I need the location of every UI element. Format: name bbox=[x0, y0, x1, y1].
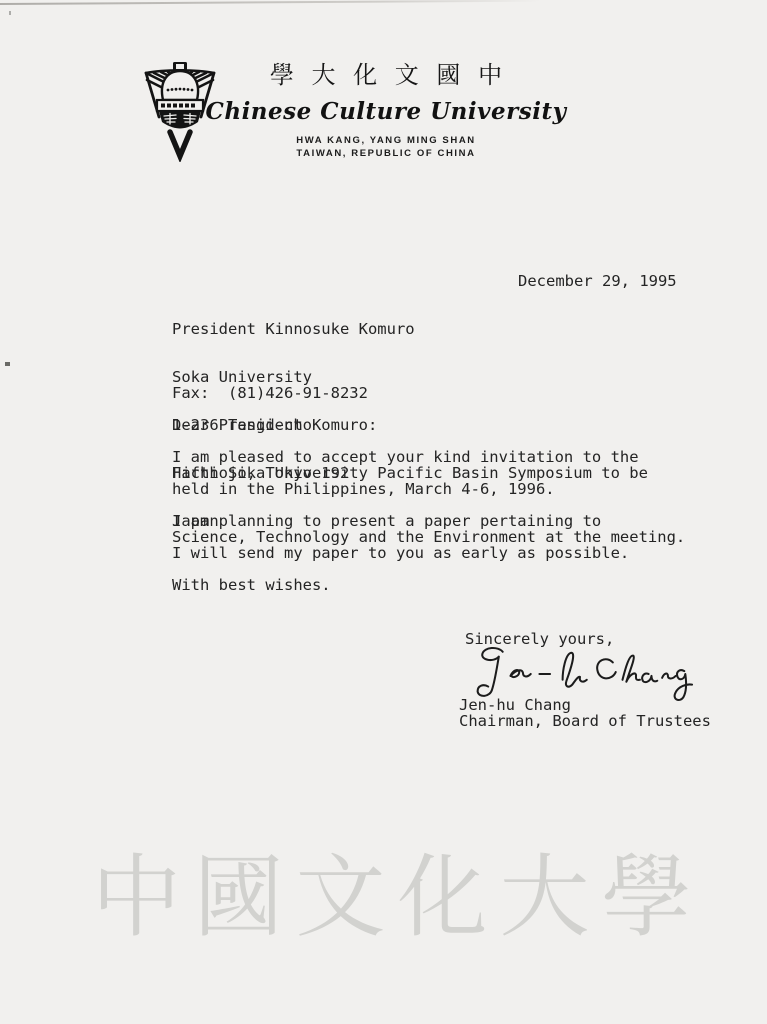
scan-speck bbox=[5, 362, 10, 366]
scanned-letter-page: 學 大 化 文 國 中 Chinese Culture University H… bbox=[0, 0, 767, 1024]
letterhead-location-line2: TAIWAN, REPUBLIC OF CHINA bbox=[236, 147, 536, 160]
body-paragraph-1: I am pleased to accept your kind invitat… bbox=[172, 449, 648, 497]
letterhead-location-line1: HWA KANG, YANG MING SHAN bbox=[236, 134, 536, 147]
signer-typed-name: Jen-hu Chang bbox=[459, 697, 571, 713]
letter-date: December 29, 1995 bbox=[518, 273, 677, 289]
signer-title: Chairman, Board of Trustees bbox=[459, 713, 711, 729]
fax-line: Fax: (81)426-91-8232 bbox=[172, 385, 368, 401]
scan-speck bbox=[9, 11, 11, 15]
salutation: Dear President Komuro: bbox=[172, 417, 377, 433]
body-paragraph-2: I am planning to present a paper pertain… bbox=[172, 513, 685, 561]
scan-edge-artifact bbox=[0, 0, 541, 5]
recipient-name: President Kinnosuke Komuro bbox=[172, 321, 415, 337]
handwritten-signature bbox=[466, 644, 694, 704]
body-paragraph-3: With best wishes. bbox=[172, 577, 331, 593]
university-watermark: 中國文化大學 bbox=[14, 846, 767, 950]
recipient-org: Soka University bbox=[172, 369, 415, 385]
letterhead-english-name: Chinese Culture University bbox=[166, 97, 606, 127]
letterhead-chinese-name: 學 大 化 文 國 中 bbox=[186, 60, 586, 90]
